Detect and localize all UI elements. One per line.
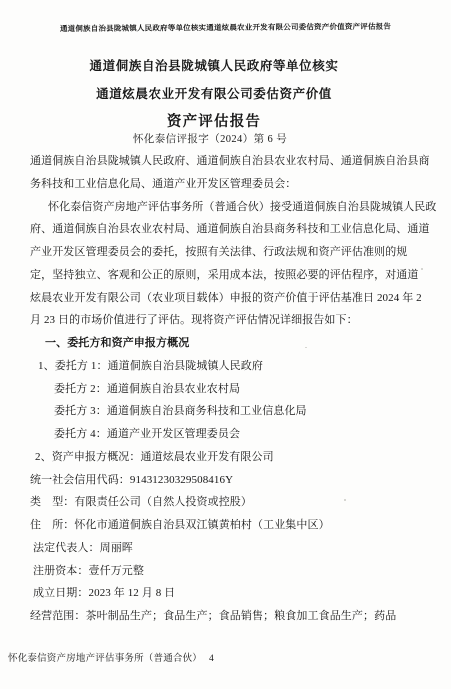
report-title-line2: 通道炫晨农业开发有限公司委估资产价值	[0, 84, 428, 102]
section-heading: 一、委托方和资产申报方概况	[30, 332, 425, 355]
report-title-line1: 通道侗族自治县陇城镇人民政府等单位核实	[0, 56, 428, 74]
report-title-line3: 资产评估报告	[0, 110, 428, 131]
page-footer: 怀化泰信资产房地产评估事务所（普通合伙）4	[8, 650, 214, 664]
scanned-report-page: 通道侗族自治县陇城镇人民政府等单位核实通道炫晨农业开发有限公司委估资产价值资产评…	[0, 0, 451, 689]
scan-noise-speck	[421, 268, 423, 270]
establishment-date-line: 成立日期：2023 年 12 月 8 日	[30, 582, 425, 605]
salutation-line-1: 通道侗族自治县陇城镇人民政府、通道侗族自治县农业农村局、通道侗族自治县商	[30, 150, 425, 173]
footer-firm-name: 怀化泰信资产房地产评估事务所（普通合伙）	[8, 654, 202, 664]
intro-paragraph-line-5: 炫晨农业开发有限公司（农业项目载体）申报的资产价值于评估基准日 2024 年 2	[30, 287, 425, 310]
business-scope-line: 经营范围：茶叶制品生产；食品生产；食品销售；粮食加工食品生产；药品	[30, 605, 425, 628]
intro-paragraph-line-1: 怀化泰信资产房地产评估事务所（普通合伙）接受通道侗族自治县陇城镇人民政	[30, 196, 425, 219]
company-type-line: 类 型：有限责任公司（自然人投资或控股）	[30, 491, 425, 514]
page-number: 4	[209, 654, 214, 664]
registered-capital-line: 注册资本：壹仟万元整	[30, 560, 425, 583]
client-line-1: 1、委托方 1：通道侗族自治县陇城镇人民政府	[30, 355, 425, 378]
client-line-2: 委托方 2：通道侗族自治县农业农村局	[30, 378, 425, 401]
company-address-line: 住 所：怀化市通道侗族自治县双江镇黄柏村（工业集中区）	[30, 514, 425, 537]
scan-noise-speck	[305, 347, 307, 348]
declarant-overview-line: 2、资产申报方概况：通道炫晨农业开发有限公司	[30, 446, 425, 469]
salutation-line-2: 务科技和工业信息化局、通道产业开发区管理委员会：	[30, 173, 425, 196]
report-body: 通道侗族自治县陇城镇人民政府、通道侗族自治县农业农村局、通道侗族自治县商 务科技…	[30, 150, 425, 628]
intro-paragraph-line-2: 府、通道侗族自治县农业农村局、通道侗族自治县商务科技和工业信息化局、通道	[30, 218, 425, 241]
report-document-number: 怀化泰信评报字（2024）第 6 号	[0, 131, 420, 146]
credit-code-line: 统一社会信用代码：91431230329508416Y	[30, 469, 425, 492]
running-header: 通道侗族自治县陇城镇人民政府等单位核实通道炫晨农业开发有限公司委估资产价值资产评…	[0, 20, 451, 34]
scan-noise-speck	[344, 499, 346, 501]
legal-representative-line: 法定代表人：周丽晖	[30, 537, 425, 560]
client-line-3: 委托方 3：通道侗族自治县商务科技和工业信息化局	[30, 400, 425, 423]
intro-paragraph-line-4: 定，坚持独立、客观和公正的原则，采用成本法，按照必要的评估程序，对通道	[30, 264, 425, 287]
intro-paragraph-line-3: 产业开发区管理委员会的委托，按照有关法律、行政法规和资产评估准则的规	[30, 241, 425, 264]
intro-paragraph-line-6: 月 23 日的市场价值进行了评估。现将资产评估情况详细报告如下：	[30, 309, 425, 332]
client-line-4: 委托方 4：通道产业开发区管理委员会	[30, 423, 425, 446]
